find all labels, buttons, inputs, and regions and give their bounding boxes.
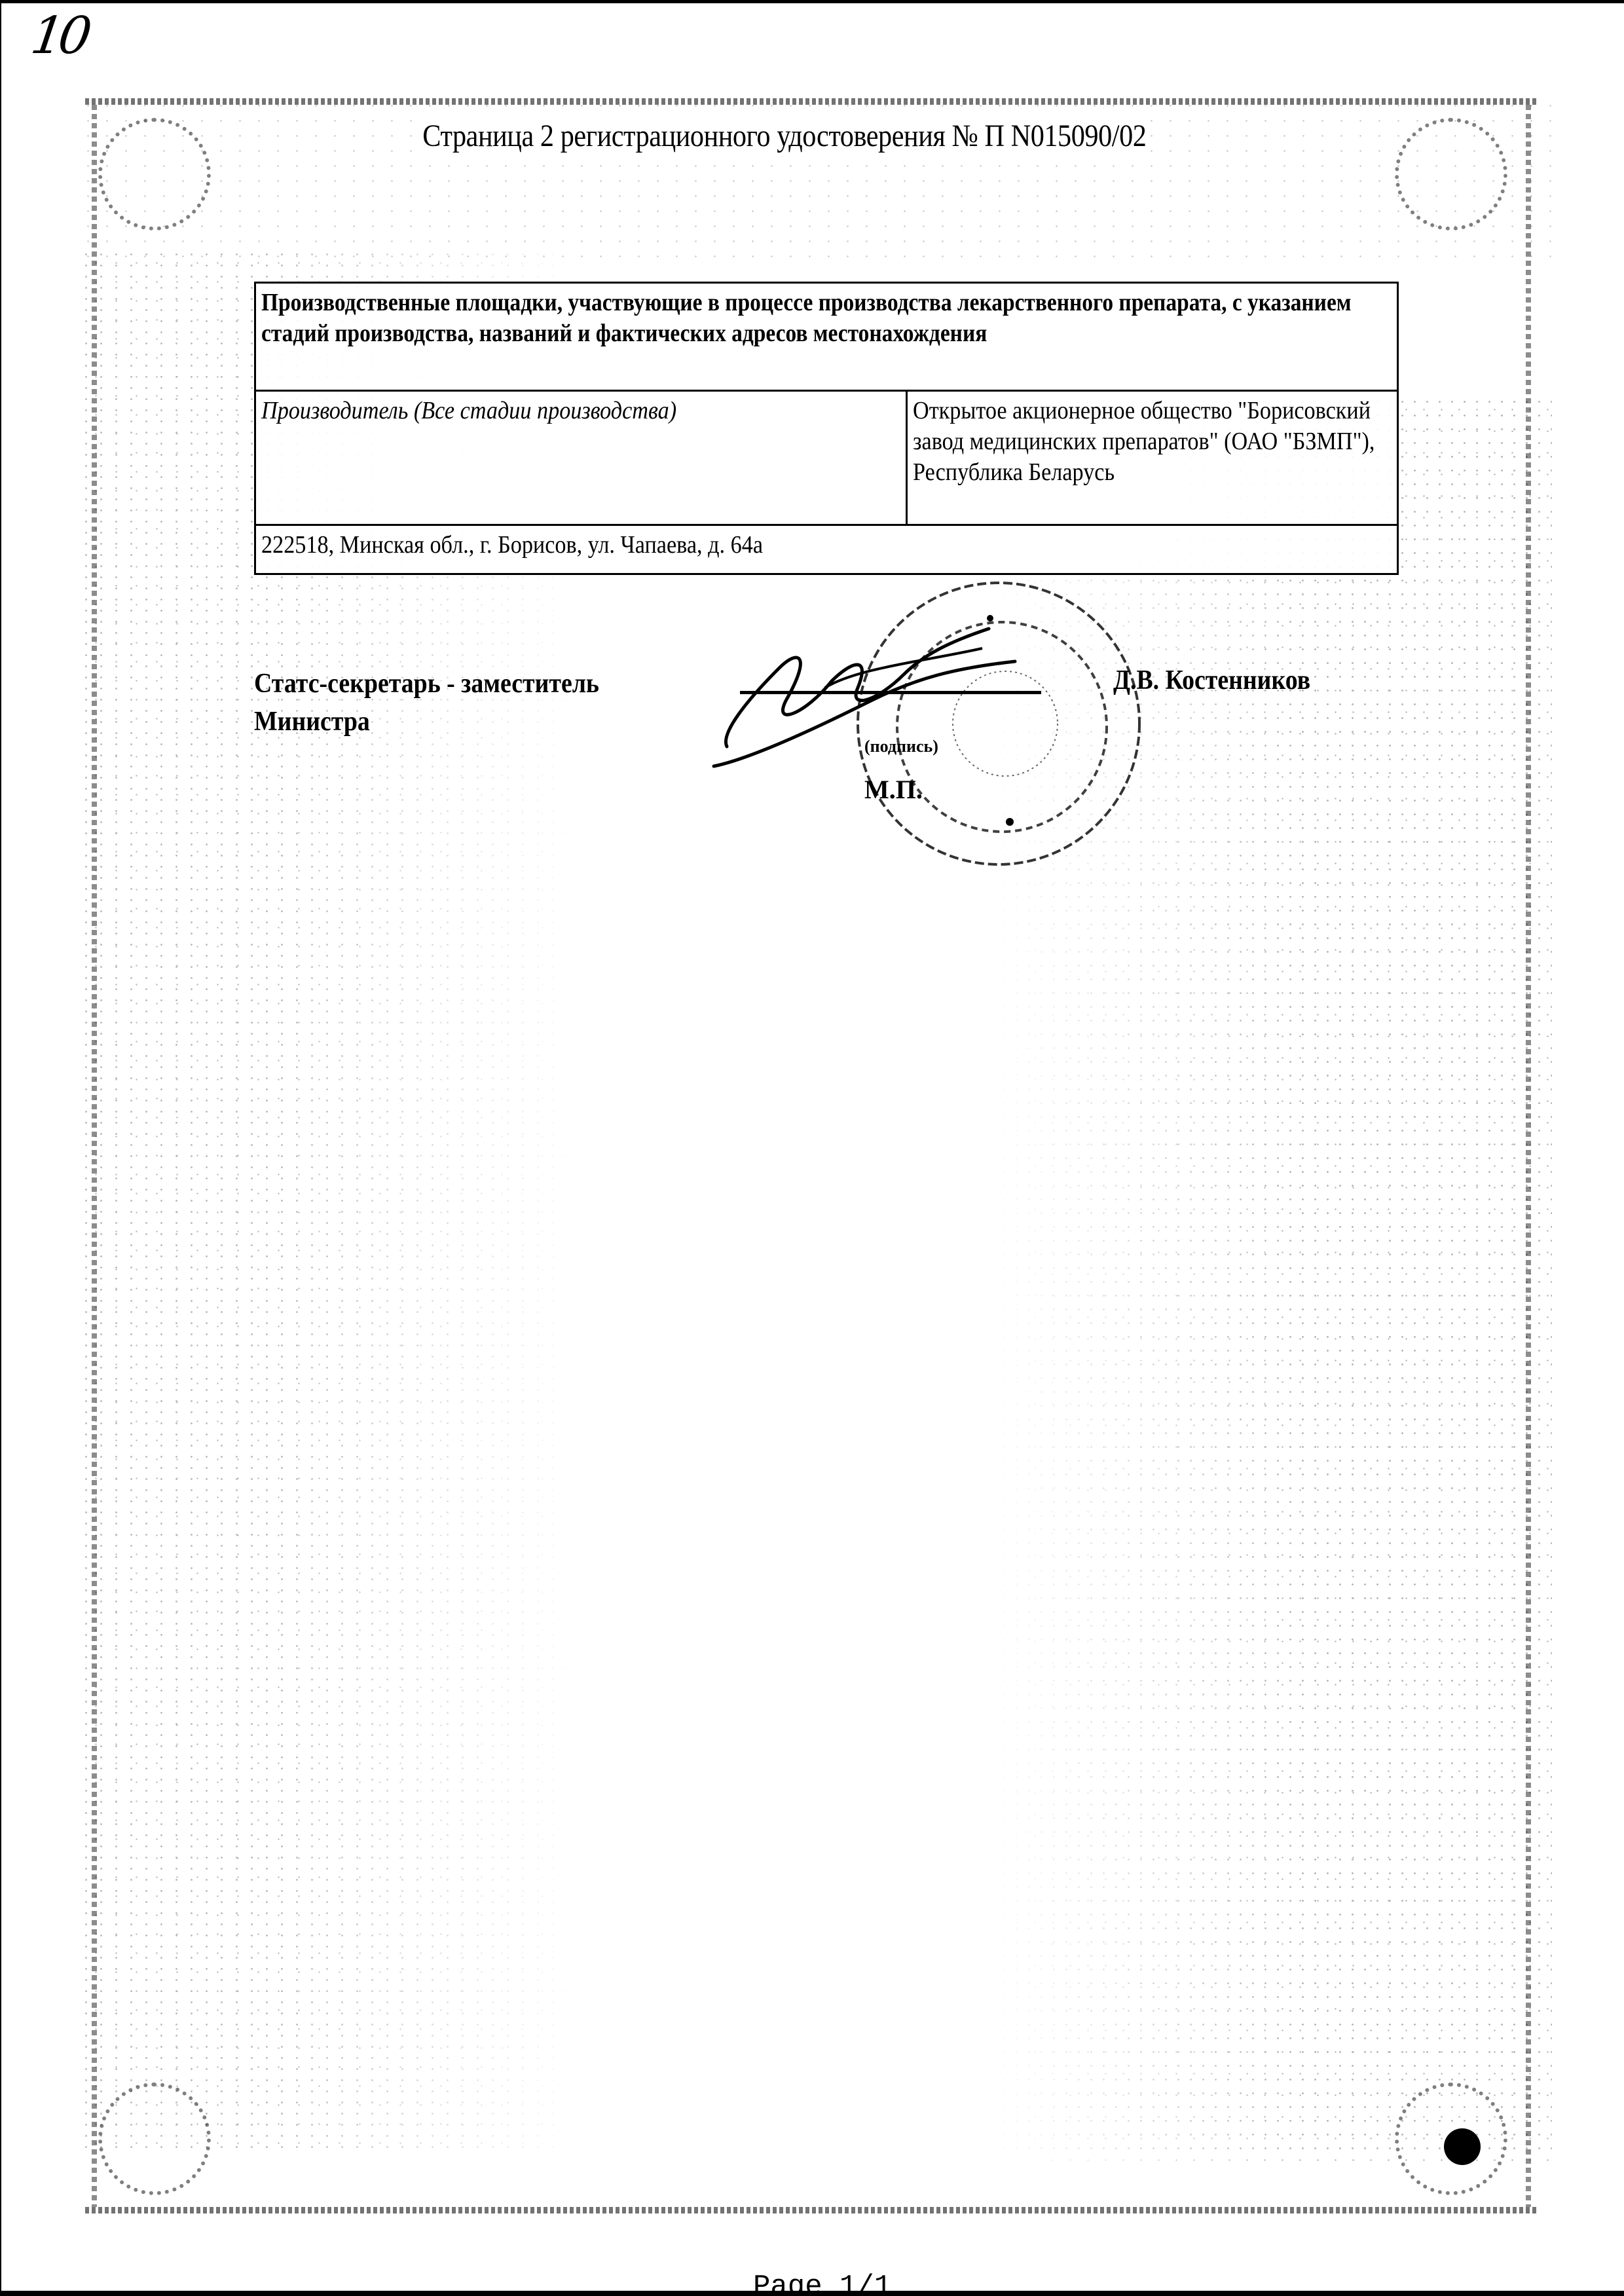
scan-left-edge bbox=[0, 0, 1, 2296]
production-sites-table: Производственные площадки, участвующие в… bbox=[254, 282, 1399, 575]
address-cell: 222518, Минская обл., г. Борисов, ул. Ча… bbox=[255, 525, 1398, 574]
decorative-frame-right bbox=[1526, 105, 1531, 2207]
signature-caption: (подпись) bbox=[864, 737, 938, 756]
corner-rosette-icon bbox=[98, 118, 211, 231]
decorative-frame-left bbox=[92, 105, 97, 2207]
scan-top-edge bbox=[0, 0, 1624, 3]
table-heading-cell: Производственные площадки, участвующие в… bbox=[255, 283, 1398, 391]
page-title: Страница 2 регистрационного удостоверени… bbox=[419, 118, 1150, 154]
signatory-position: Статс-секретарь - заместитель Министра bbox=[254, 665, 599, 741]
manufacturer-address: 222518, Минская обл., г. Борисов, ул. Ча… bbox=[261, 530, 1390, 561]
decorative-frame-top bbox=[85, 98, 1539, 105]
seal-placement-mark: М.П. bbox=[864, 774, 923, 805]
scan-bottom-edge bbox=[0, 2291, 1624, 2296]
table-row: Производитель (Все стадии производства) … bbox=[255, 391, 1398, 525]
signatory-position-line2: Министра bbox=[254, 703, 599, 741]
table-header-row: Производственные площадки, участвующие в… bbox=[255, 283, 1398, 391]
manufacturer-role: Производитель (Все стадии производства) bbox=[261, 396, 900, 426]
table-row-address: 222518, Минская обл., г. Борисов, ул. Ча… bbox=[255, 525, 1398, 574]
signatory-name: Д.В. Костенников bbox=[1113, 665, 1310, 696]
corner-rosette-icon bbox=[98, 2083, 211, 2195]
handwritten-page-number: 10 bbox=[28, 7, 90, 65]
signatory-position-line1: Статс-секретарь - заместитель bbox=[254, 665, 599, 703]
manufacturer-company: Открытое акционерное общество "Борисовск… bbox=[913, 396, 1392, 488]
role-cell: Производитель (Все стадии производства) bbox=[255, 391, 907, 525]
table-heading: Производственные площадки, участвующие в… bbox=[261, 287, 1385, 349]
corner-rosette-icon bbox=[1395, 118, 1507, 231]
decorative-frame-bottom bbox=[85, 2207, 1539, 2213]
signature-line bbox=[740, 691, 1041, 694]
registration-dot-icon bbox=[1444, 2128, 1481, 2165]
company-cell: Открытое акционерное общество "Борисовск… bbox=[906, 391, 1397, 525]
